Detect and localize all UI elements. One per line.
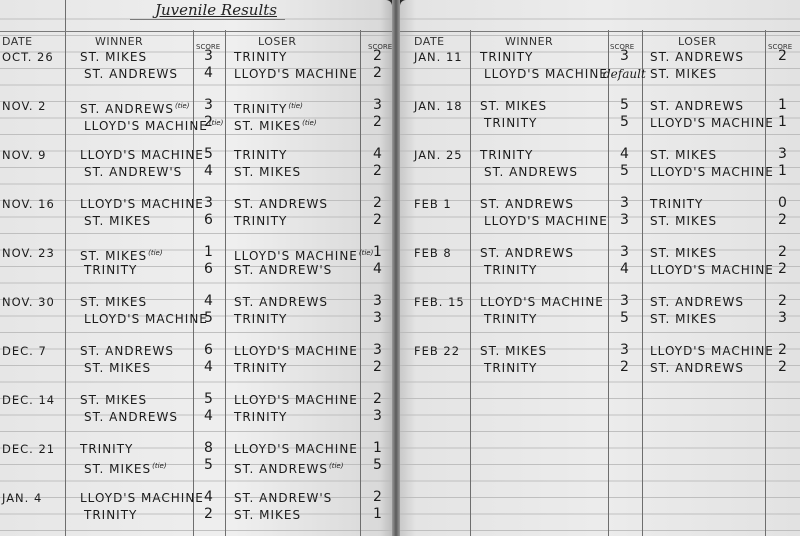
loser-score: 2 (368, 391, 388, 407)
winner-team: ST. ANDREW'S (84, 164, 182, 180)
winner-score: 5 (615, 310, 635, 326)
game-date: JAN. 4 (2, 490, 42, 506)
game-date: NOV. 30 (2, 294, 55, 310)
loser-score: 3 (368, 97, 388, 113)
winner-score: 4 (199, 163, 219, 179)
loser-team: ST. MIKES (650, 213, 717, 229)
game-date: DEC. 21 (2, 441, 55, 457)
winner-score: 3 (199, 195, 219, 211)
loser-team: LLOYD'S MACHINE (234, 66, 358, 82)
loser-team: ST. ANDREWS (650, 360, 744, 376)
column-divider (225, 30, 226, 536)
loser-score: 1 (773, 163, 793, 179)
book-gutter (392, 0, 400, 536)
loser-score: 2 (368, 163, 388, 179)
winner-team: TRINITY (484, 360, 537, 376)
header-winner: WINNER (95, 34, 143, 50)
winner-team: ST. MIKES (80, 392, 147, 408)
loser-score: 3 (773, 146, 793, 162)
game-date: FEB 22 (414, 343, 460, 359)
game-date: FEB 1 (414, 196, 452, 212)
winner-team: ST. ANDREWS (480, 196, 574, 212)
game-date: NOV. 9 (2, 147, 46, 163)
game-date: FEB. 15 (414, 294, 465, 310)
loser-score: 2 (368, 195, 388, 211)
winner-score: 4 (199, 293, 219, 309)
loser-team: LLOYD'S MACHINE (650, 164, 774, 180)
winner-score: 2 (615, 359, 635, 375)
winner-score: 4 (615, 146, 635, 162)
header-winner: WINNER (505, 34, 553, 50)
loser-score: 2 (773, 244, 793, 260)
loser-team: ST. ANDREWS (234, 196, 328, 212)
loser-score: 2 (368, 114, 388, 130)
loser-score: 2 (368, 65, 388, 81)
header-rule (0, 31, 392, 32)
winner-team: LLOYD'S MACHINE (80, 490, 204, 506)
tie-annotation: (tie) (148, 249, 162, 257)
loser-team: TRINITY (234, 49, 287, 65)
loser-team: ST. MIKES (650, 147, 717, 163)
column-divider (765, 30, 766, 536)
winner-team: ST. MIKES (84, 213, 151, 229)
loser-team: ST. ANDREWS (234, 294, 328, 310)
right-page: DATE WINNER SCORE LOSER SCORE JAN. 11TRI… (400, 0, 800, 536)
game-date: OCT. 26 (2, 49, 54, 65)
winner-score: 4 (199, 359, 219, 375)
winner-team: ST. MIKES (80, 294, 147, 310)
header-date: DATE (414, 34, 445, 50)
game-date: JAN. 11 (414, 49, 463, 65)
winner-team: ST. ANDREWS (484, 164, 578, 180)
loser-team: TRINITY (234, 360, 287, 376)
winner-team: ST. MIKES (84, 360, 151, 376)
title-underline (130, 19, 285, 20)
loser-score: 2 (773, 212, 793, 228)
tie-annotation: (tie) (152, 462, 166, 470)
winner-team: LLOYD'S MACHINE (84, 311, 208, 327)
winner-score: 5 (199, 310, 219, 326)
column-divider (193, 30, 194, 536)
loser-score: 2 (773, 261, 793, 277)
loser-team: LLOYD'S MACHINE (234, 343, 358, 359)
loser-team: ST. ANDREWS (650, 294, 744, 310)
winner-team: LLOYD'S MACHINE (80, 147, 204, 163)
winner-score: 3 (615, 195, 635, 211)
loser-score: 1 (368, 506, 388, 522)
loser-team: ST. MIKES(tie) (234, 115, 317, 134)
loser-score: 0 (773, 195, 793, 211)
loser-score: 3 (368, 310, 388, 326)
winner-score: 3 (199, 97, 219, 113)
game-date: NOV. 2 (2, 98, 46, 114)
column-divider (642, 30, 643, 536)
winner-score: 4 (199, 489, 219, 505)
winner-team: ST. ANDREWS (80, 343, 174, 359)
loser-team: ST. MIKES (650, 311, 717, 327)
loser-team: TRINITY (234, 311, 287, 327)
game-date: DEC. 14 (2, 392, 55, 408)
loser-team: LLOYD'S MACHINE (650, 343, 774, 359)
loser-score: 2 (368, 212, 388, 228)
winner-score: 6 (199, 261, 219, 277)
loser-team: ST. MIKES (650, 245, 717, 261)
winner-team: LLOYD'S MACHINE (484, 66, 608, 82)
winner-team: ST. MIKES (80, 49, 147, 65)
loser-team: ST. ANDREWS(tie) (234, 458, 343, 477)
loser-score: 3 (368, 342, 388, 358)
loser-team: LLOYD'S MACHINE (234, 441, 358, 457)
loser-score: 2 (773, 359, 793, 375)
winner-score: default (603, 66, 646, 82)
loser-team: LLOYD'S MACHINE (650, 115, 774, 131)
winner-score: 4 (199, 408, 219, 424)
loser-score: 3 (368, 293, 388, 309)
loser-team: ST. MIKES (234, 507, 301, 523)
loser-team: TRINITY (234, 147, 287, 163)
winner-team: TRINITY (484, 115, 537, 131)
game-date: JAN. 25 (414, 147, 463, 163)
loser-team: ST. ANDREW'S (234, 490, 332, 506)
winner-team: ST. MIKES (480, 98, 547, 114)
winner-score: 3 (199, 48, 219, 64)
winner-score: 1 (199, 244, 219, 260)
column-divider (65, 0, 66, 536)
winner-score: 5 (615, 97, 635, 113)
header-date: DATE (2, 34, 33, 50)
game-date: NOV. 16 (2, 196, 55, 212)
winner-team: TRINITY (484, 311, 537, 327)
header-loser: LOSER (678, 34, 716, 50)
loser-score: 2 (368, 48, 388, 64)
loser-team: TRINITY (234, 213, 287, 229)
loser-score: 4 (368, 261, 388, 277)
winner-team: TRINITY (84, 262, 137, 278)
winner-team: LLOYD'S MACHINE (80, 196, 204, 212)
loser-score: 2 (368, 359, 388, 375)
loser-score: 1 (773, 97, 793, 113)
winner-team: ST. ANDREWS (480, 245, 574, 261)
header-rule (400, 31, 800, 32)
loser-score: 1 (368, 244, 388, 260)
loser-score: 3 (773, 310, 793, 326)
tie-annotation: (tie) (288, 102, 302, 110)
loser-score: 5 (368, 457, 388, 473)
winner-score: 3 (615, 342, 635, 358)
page-title: Juvenile Results (155, 2, 277, 18)
loser-team: ST. ANDREWS (650, 98, 744, 114)
tie-annotation: (tie) (302, 119, 316, 127)
winner-team: ST. ANDREWS (84, 66, 178, 82)
winner-score: 5 (615, 163, 635, 179)
tie-annotation: (tie) (175, 102, 189, 110)
loser-score: 2 (773, 48, 793, 64)
loser-team: LLOYD'S MACHINE (234, 392, 358, 408)
loser-score: 2 (773, 293, 793, 309)
winner-score: 2 (199, 506, 219, 522)
loser-team: TRINITY (650, 196, 703, 212)
game-date: FEB 8 (414, 245, 452, 261)
loser-score: 1 (773, 114, 793, 130)
loser-score: 2 (368, 489, 388, 505)
winner-team: TRINITY (480, 147, 533, 163)
winner-team: LLOYD'S MACHINE (484, 213, 608, 229)
winner-team: LLOYD'S MACHINE (480, 294, 604, 310)
winner-team: TRINITY (484, 262, 537, 278)
winner-score: 4 (615, 261, 635, 277)
winner-score: 3 (615, 293, 635, 309)
column-divider (608, 30, 609, 536)
loser-team: ST. MIKES (234, 164, 301, 180)
winner-score: 5 (615, 114, 635, 130)
scorebook-spread: Juvenile Results DATE WINNER SCORE LOSER… (0, 0, 800, 536)
winner-score: 4 (199, 65, 219, 81)
loser-team: LLOYD'S MACHINE (650, 262, 774, 278)
winner-team: TRINITY (80, 441, 133, 457)
winner-score: 5 (199, 391, 219, 407)
winner-score: 6 (199, 342, 219, 358)
left-page: Juvenile Results DATE WINNER SCORE LOSER… (0, 0, 392, 536)
winner-score: 5 (199, 457, 219, 473)
loser-score: 4 (368, 146, 388, 162)
tie-annotation: (tie) (329, 462, 343, 470)
winner-score: 6 (199, 212, 219, 228)
loser-team: ST. ANDREWS (650, 49, 744, 65)
loser-score: 1 (368, 440, 388, 456)
game-date: NOV. 23 (2, 245, 55, 261)
winner-score: 3 (615, 244, 635, 260)
winner-team: ST. MIKES (480, 343, 547, 359)
winner-team: ST. MIKES(tie) (84, 458, 167, 477)
winner-score: 3 (615, 48, 635, 64)
column-divider (360, 30, 361, 536)
loser-team: TRINITY (234, 409, 287, 425)
winner-team: TRINITY (84, 507, 137, 523)
loser-score: 3 (368, 408, 388, 424)
winner-score: 3 (615, 212, 635, 228)
winner-score: 5 (199, 146, 219, 162)
winner-score: 8 (199, 440, 219, 456)
header-loser: LOSER (258, 34, 296, 50)
game-date: DEC. 7 (2, 343, 47, 359)
loser-team: ST. ANDREW'S (234, 262, 332, 278)
winner-team: TRINITY (480, 49, 533, 65)
loser-score: 2 (773, 342, 793, 358)
loser-team: ST. MIKES (650, 66, 717, 82)
column-divider (470, 30, 471, 536)
winner-score: 2 (199, 114, 219, 130)
winner-team: ST. ANDREWS (84, 409, 178, 425)
game-date: JAN. 18 (414, 98, 463, 114)
